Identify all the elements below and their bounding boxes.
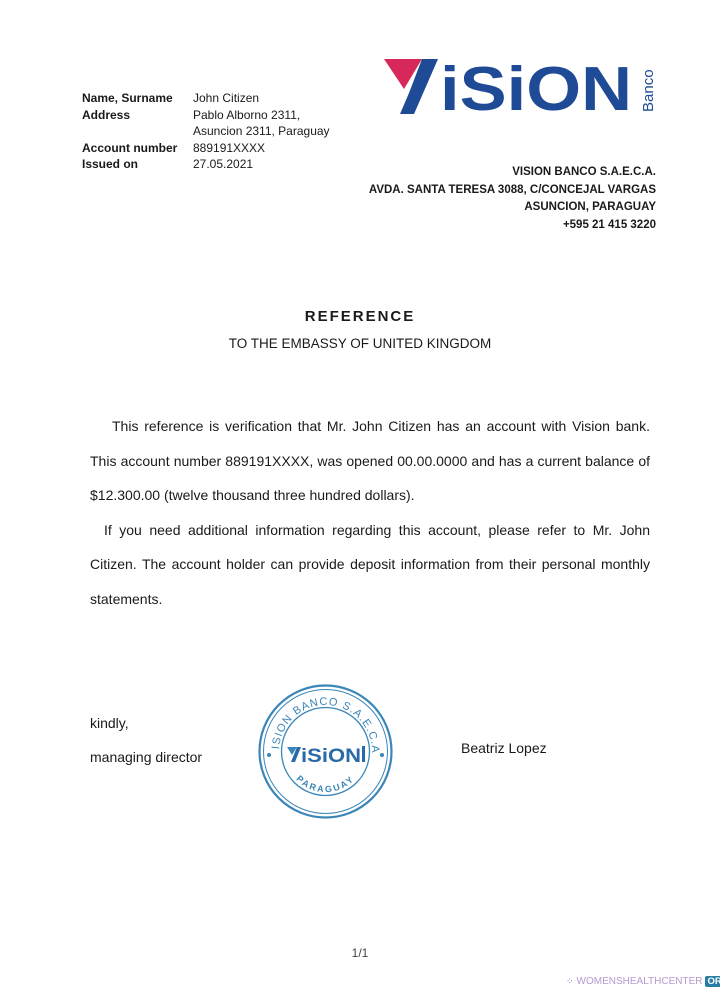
field-label	[82, 123, 193, 140]
field-value: 27.05.2021	[193, 156, 253, 173]
page-number: 1/1	[0, 946, 720, 960]
watermark-badge: ORG	[705, 976, 720, 987]
svg-text:iSiON: iSiON	[440, 56, 632, 116]
bank-name: VISION BANCO S.A.E.C.A.	[369, 164, 656, 182]
document-subtitle: TO THE EMBASSY OF UNITED KINGDOM	[0, 336, 720, 351]
field-label: Name, Surname	[82, 90, 193, 107]
watermark: ⁘ WOMENSHEALTHCENTER ORG	[566, 976, 720, 987]
signature-block: kindly, managing director	[90, 706, 202, 774]
field-issued: Issued on 27.05.2021	[82, 156, 330, 173]
svg-text:PARAGUAY: PARAGUAY	[295, 773, 357, 794]
watermark-text: WOMENSHEALTHCENTER	[577, 976, 703, 987]
paragraph-2: If you need additional information regar…	[90, 513, 650, 617]
field-label: Address	[82, 107, 193, 124]
bank-street: AVDA. SANTA TERESA 3088, C/CONCEJAL VARG…	[369, 182, 656, 200]
svg-text:VISION BANCO S.A.E.C.A.: VISION BANCO S.A.E.C.A.	[257, 683, 381, 754]
dots-icon: ⁘	[566, 976, 574, 987]
field-value: Asuncion 2311, Paraguay	[193, 123, 330, 140]
recipient-info: Name, Surname John Citizen Address Pablo…	[82, 90, 330, 173]
field-address-2: Asuncion 2311, Paraguay	[82, 123, 330, 140]
field-value: 889191XXXX	[193, 140, 265, 157]
field-value: Pablo Alborno 2311,	[193, 107, 300, 124]
field-name: Name, Surname John Citizen	[82, 90, 330, 107]
field-label: Issued on	[82, 156, 193, 173]
bank-phone: +595 21 415 3220	[369, 217, 656, 235]
bank-address: VISION BANCO S.A.E.C.A. AVDA. SANTA TERE…	[369, 164, 656, 234]
field-value: John Citizen	[193, 90, 259, 107]
field-address: Address Pablo Alborno 2311,	[82, 107, 330, 124]
closing: kindly,	[90, 706, 202, 740]
paragraph-1: This reference is verification that Mr. …	[90, 409, 650, 513]
field-account: Account number 889191XXXX	[82, 140, 330, 157]
svg-text:Banco: Banco	[640, 69, 657, 112]
signer-title: managing director	[90, 740, 202, 774]
bank-city: ASUNCION, PARAGUAY	[369, 199, 656, 217]
svg-text:iSiON: iSiON	[301, 746, 361, 767]
signer-name: Beatriz Lopez	[461, 740, 547, 756]
vision-banco-logo: iSiON Banco	[382, 56, 657, 116]
document-title: REFERENCE	[0, 308, 720, 325]
letter-body: This reference is verification that Mr. …	[90, 409, 650, 616]
bank-stamp: VISION BANCO S.A.E.C.A. PARAGUAY iSiON	[257, 683, 394, 820]
field-label: Account number	[82, 140, 193, 157]
